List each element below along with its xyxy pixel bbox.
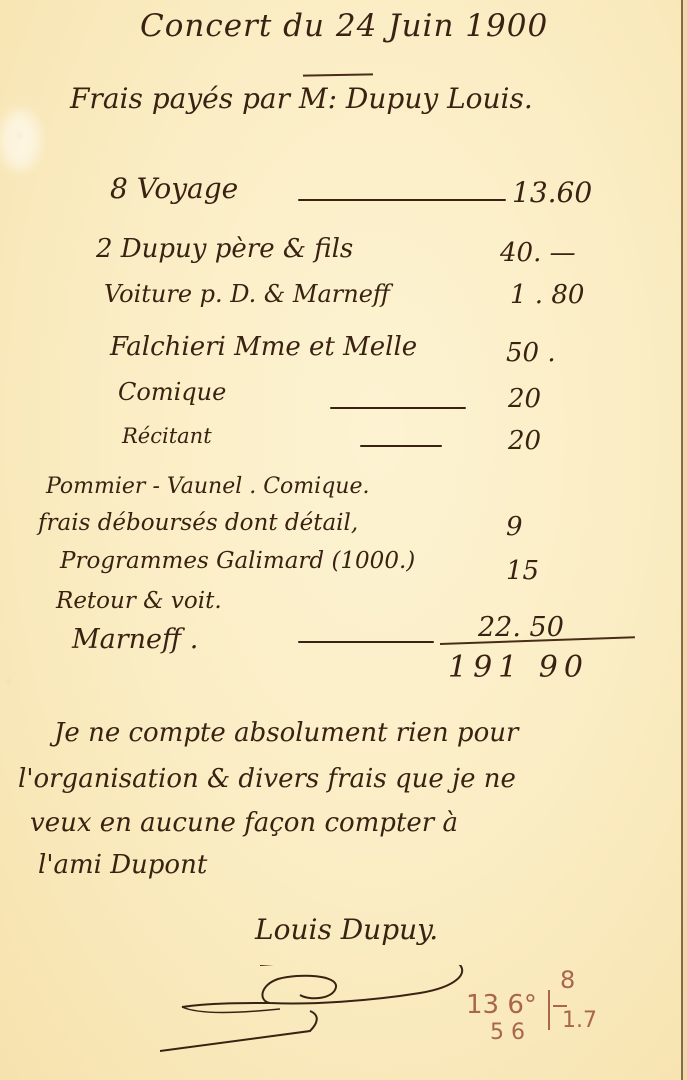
- pencil-tick: [553, 1005, 567, 1007]
- ink-speck: [18, 134, 21, 137]
- expense-label: 2 Dupuy père & fils: [96, 234, 353, 264]
- expense-amount: 9: [506, 512, 523, 542]
- title-overline: [303, 73, 373, 76]
- expense-label: Retour & voit.: [56, 588, 222, 614]
- expense-amount: 13.60: [512, 176, 592, 209]
- expense-label: 8 Voyage: [110, 172, 238, 205]
- expense-label: Programmes Galimard (1000.): [60, 548, 415, 574]
- leader-line: [360, 445, 442, 447]
- expense-amount: 20: [508, 384, 541, 414]
- expense-amount: 40. —: [500, 238, 576, 268]
- page-edge-shade: [683, 0, 687, 1080]
- signature-flourish-icon: [160, 965, 480, 1055]
- expense-amount: 15: [506, 556, 539, 586]
- pencil-number: 13 6°: [466, 990, 537, 1020]
- pencil-number: 1.7: [562, 1008, 597, 1033]
- pencil-number: 5 6: [490, 1020, 525, 1045]
- note-line: veux en aucune façon compter à: [30, 808, 458, 838]
- leader-line: [330, 407, 466, 409]
- ink-speck: [7, 680, 10, 683]
- pencil-number: 8: [560, 966, 575, 994]
- expense-label: Marneff .: [72, 624, 198, 655]
- pencil-divider: [548, 990, 550, 1030]
- expense-label: Comique: [118, 378, 226, 406]
- page-edge-line: [681, 0, 683, 1080]
- expense-label: Voiture p. D. & Marneff: [104, 280, 390, 308]
- light-spot: [0, 110, 40, 170]
- expense-label: frais déboursés dont détail,: [38, 510, 358, 536]
- signature: Louis Dupuy.: [255, 913, 438, 946]
- leader-line: [298, 641, 434, 643]
- document-subtitle: Frais payés par M: Dupuy Louis.: [70, 82, 533, 115]
- expense-amount: 20: [508, 426, 541, 456]
- document-title: Concert du 24 Juin 1900: [140, 8, 548, 44]
- expense-amount: 50 .: [506, 338, 556, 368]
- expense-label: Pommier - Vaunel . Comique.: [46, 474, 369, 499]
- note-line: l'ami Dupont: [38, 850, 207, 880]
- expense-label: Falchieri Mme et Melle: [110, 332, 417, 362]
- expense-amount: 1 . 80: [510, 280, 584, 310]
- note-line: Je ne compte absolument rien pour: [54, 718, 518, 748]
- expense-label: Récitant: [122, 424, 212, 448]
- note-line: l'organisation & divers frais que je ne: [18, 764, 516, 794]
- total-amount: 191 90: [448, 650, 589, 685]
- leader-line: [298, 199, 506, 201]
